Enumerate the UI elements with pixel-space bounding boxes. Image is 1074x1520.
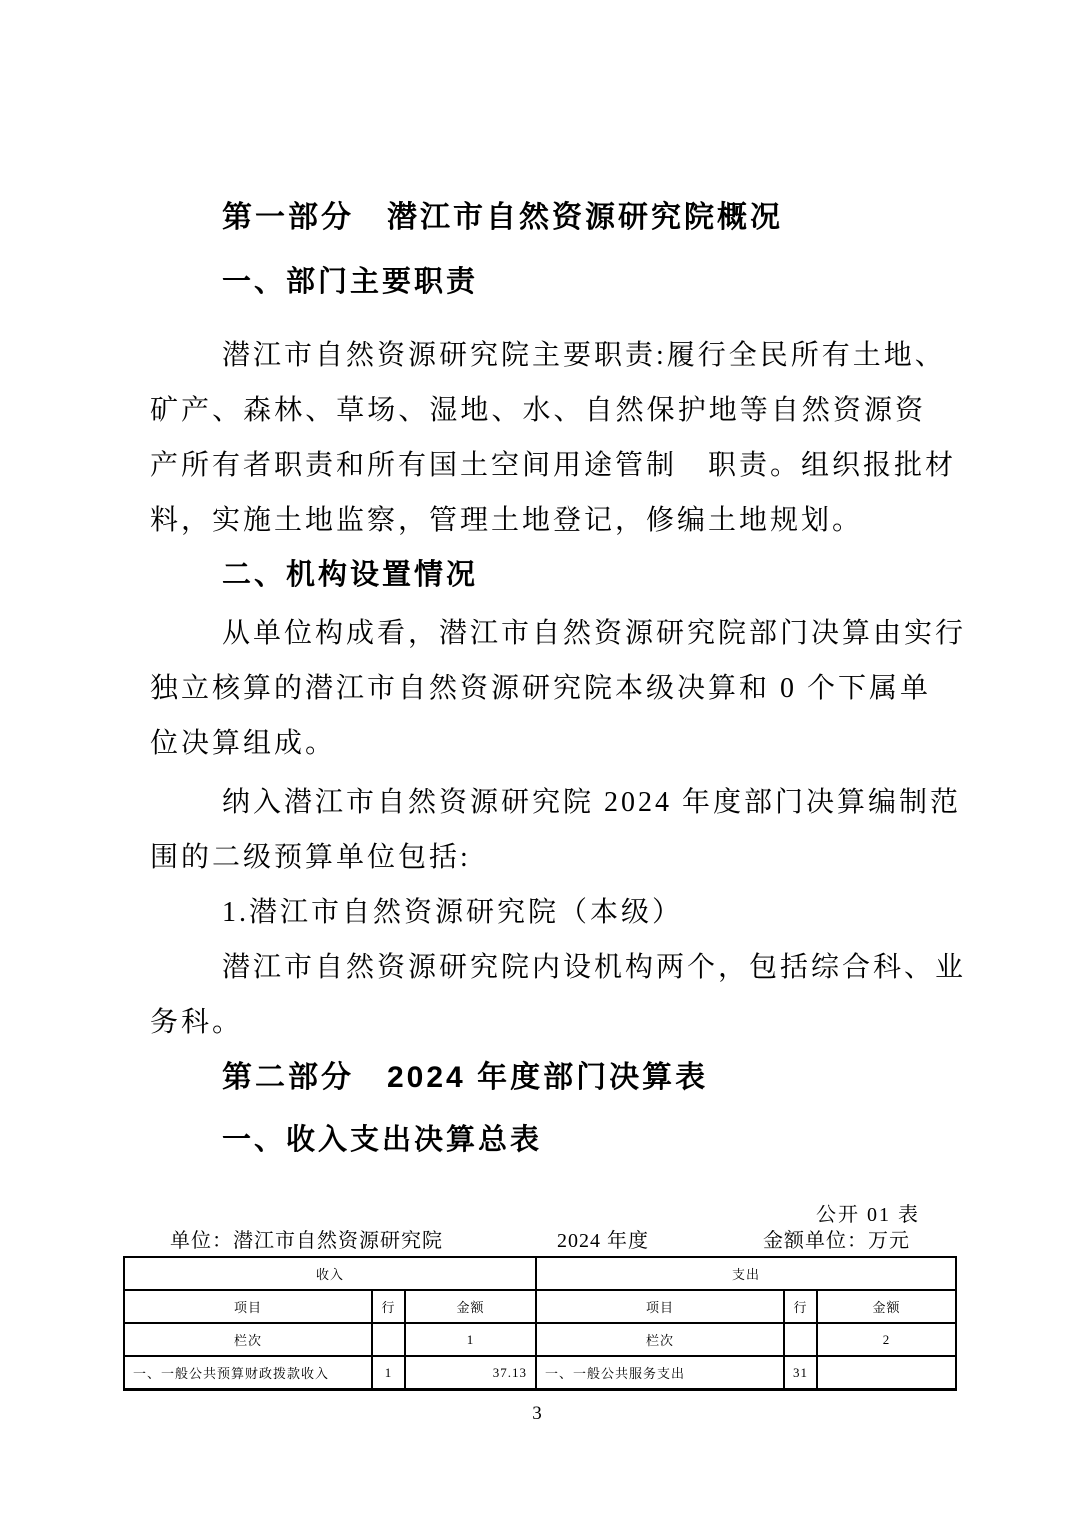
expense-rownum-header: 行 xyxy=(784,1290,817,1323)
expense-lane-number: 2 xyxy=(817,1323,956,1356)
expense-item-header: 项目 xyxy=(536,1290,784,1323)
expense-amount-header: 金额 xyxy=(817,1290,956,1323)
paragraph-unit-list: 1.潜江市自然资源研究院（本级） xyxy=(150,885,926,940)
income-lane-rownum xyxy=(372,1323,405,1356)
expense-amount-cell xyxy=(817,1356,956,1390)
expense-lane-rownum xyxy=(784,1323,817,1356)
sheet-number-label: 公开 01 表 xyxy=(816,1198,920,1227)
expense-lane-label: 栏次 xyxy=(536,1323,784,1356)
body-line: 潜江市自然资源研究院内设机构两个，包括综合科、业 xyxy=(150,940,926,995)
body-line: 围的二级预算单位包括: xyxy=(150,830,926,885)
income-amount-cell: 37.13 xyxy=(405,1356,536,1390)
document-page: 第一部分 潜江市自然资源研究院概况 一、部门主要职责 潜江市自然资源研究院主要职… xyxy=(0,0,1074,1520)
expense-rownum-cell: 31 xyxy=(784,1356,817,1390)
body-line: 料，实施土地监察，管理土地登记，修编土地规划。 xyxy=(150,493,926,548)
section3-heading: 一、收入支出决算总表 xyxy=(150,1113,926,1168)
table-title-row: 收入 支出 xyxy=(124,1257,956,1290)
part1-heading: 第一部分 潜江市自然资源研究院概况 xyxy=(150,190,926,245)
page-number: 3 xyxy=(0,1403,1074,1425)
income-item-cell: 一、一般公共预算财政拨款收入 xyxy=(124,1356,372,1390)
year-label: 2024 年度 xyxy=(557,1224,649,1253)
income-amount-header: 金额 xyxy=(405,1290,536,1323)
amount-unit-label: 金额单位：万元 xyxy=(763,1224,910,1253)
section2-heading: 二、机构设置情况 xyxy=(150,548,926,603)
unit-label: 单位：潜江市自然资源研究院 xyxy=(170,1224,443,1253)
body-line: 1.潜江市自然资源研究院（本级） xyxy=(150,885,926,940)
body-line: 产所有者职责和所有国土空间用途管制 职责。组织报批材 xyxy=(150,438,926,493)
paragraph-structure: 从单位构成看，潜江市自然资源研究院部门决算由实行 独立核算的潜江市自然资源研究院… xyxy=(150,606,926,771)
body-line: 位决算组成。 xyxy=(150,716,926,771)
body-line: 潜江市自然资源研究院主要职责:履行全民所有土地、 xyxy=(150,328,926,383)
expense-title-cell: 支出 xyxy=(536,1257,956,1290)
income-lane-number: 1 xyxy=(405,1323,536,1356)
body-line: 矿产、森林、草场、湿地、水、自然保护地等自然资源资 xyxy=(150,383,926,438)
table-data-row: 一、一般公共预算财政拨款收入 1 37.13 一、一般公共服务支出 31 xyxy=(124,1356,956,1390)
part2-heading: 第二部分 2024 年度部门决算表 xyxy=(150,1050,926,1105)
document-body: 第一部分 潜江市自然资源研究院概况 一、部门主要职责 潜江市自然资源研究院主要职… xyxy=(150,190,926,1168)
table-lane-row: 栏次 1 栏次 2 xyxy=(124,1323,956,1356)
income-item-header: 项目 xyxy=(124,1290,372,1323)
table-meta-row: 单位：潜江市自然资源研究院 2024 年度 金额单位：万元 xyxy=(123,1224,955,1253)
income-lane-label: 栏次 xyxy=(124,1323,372,1356)
income-expense-summary-table: 收入 支出 项目 行 金额 项目 行 金额 栏次 1 栏次 2 一、一般公共预算… xyxy=(123,1256,957,1391)
expense-item-cell: 一、一般公共服务支出 xyxy=(536,1356,784,1390)
body-line: 从单位构成看，潜江市自然资源研究院部门决算由实行 xyxy=(150,606,926,661)
paragraph-scope: 纳入潜江市自然资源研究院 2024 年度部门决算编制范 围的二级预算单位包括: xyxy=(150,775,926,885)
paragraph-internal-orgs: 潜江市自然资源研究院内设机构两个，包括综合科、业 务科。 xyxy=(150,940,926,1050)
income-rownum-header: 行 xyxy=(372,1290,405,1323)
body-line: 务科。 xyxy=(150,995,926,1050)
paragraph-duties: 潜江市自然资源研究院主要职责:履行全民所有土地、 矿产、森林、草场、湿地、水、自… xyxy=(150,328,926,548)
table-header-row: 项目 行 金额 项目 行 金额 xyxy=(124,1290,956,1323)
section1-heading: 一、部门主要职责 xyxy=(150,255,926,310)
body-line: 纳入潜江市自然资源研究院 2024 年度部门决算编制范 xyxy=(150,775,926,830)
income-title-cell: 收入 xyxy=(124,1257,536,1290)
income-rownum-cell: 1 xyxy=(372,1356,405,1390)
body-line: 独立核算的潜江市自然资源研究院本级决算和 0 个下属单 xyxy=(150,661,926,716)
